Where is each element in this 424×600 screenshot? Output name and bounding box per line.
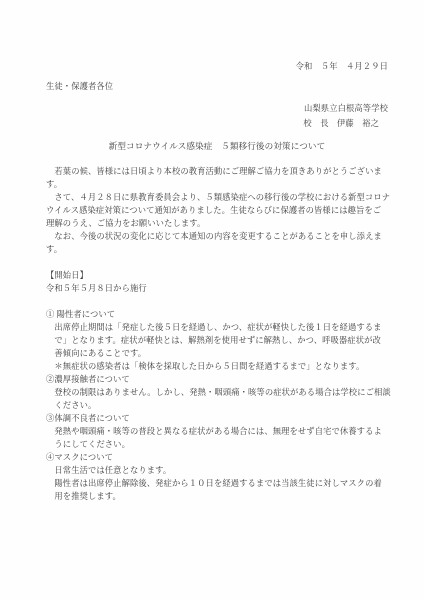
recipient-line: 生徒・保護者各位 [46,80,388,93]
document-body: 若葉の候、皆様には日頃より本校の教育活動にご理解ご協力を頂きありがとうございます… [46,165,388,503]
school-name: 山梨県立白根高等学校 [46,102,388,115]
item-1-body-line: 出席停止期間は「発症した後５日を経過し、かつ、症状が軽快した後１日を経過するま [46,321,388,334]
greeting-paragraph-line: 若葉の候、皆様には日頃より本校の教育活動にご理解ご協力を頂きありがとうございま [46,165,388,178]
document-date: 令和 ５年 ４月２９日 [46,60,388,73]
item-4-body-line: 用を推奨します。 [46,490,388,503]
start-date-heading: 【開始日】 [46,269,388,282]
item-1-note-line: ＊無症状の感染者は「検体を採取した日から５日間を経過するまで」となります。 [46,360,388,373]
caveat-paragraph-line: す。 [46,243,388,256]
item-2-heading: ②濃厚接触者について [46,373,388,386]
notice-paragraph-line: 理解のうえ、ご協力をお願いいたします。 [46,217,388,230]
item-4-body-line: 陽性者は出席停止解除後、発症から１０日を経過するまでは当該生徒に対しマスクの着 [46,477,388,490]
item-2-body-line: 登校の制限はありません。しかし、発熱・咽頭痛・咳等の症状がある場合は学校にご相談 [46,386,388,399]
caveat-paragraph-line: なお、今後の状況の変化に応じて本通知の内容を変更することがあることを申し添えま [46,230,388,243]
item-4-body-line: 日常生活では任意となります。 [46,464,388,477]
notice-paragraph-line: ウイルス感染症対策について通知がありました。生徒ならびに保護者の皆様には趣旨をご [46,204,388,217]
spacer [46,256,388,269]
start-date-value: 令和５年５月８日から施行 [46,282,388,295]
principal-name: 校 長 伊藤 裕之 [46,117,388,130]
item-1-heading: ① 陽性者について [46,308,388,321]
document-page: 令和 ５年 ４月２９日 生徒・保護者各位 山梨県立白根高等学校 校 長 伊藤 裕… [0,0,424,600]
item-1-body-line: 善傾向にあることです。 [46,347,388,360]
item-2-body-line: ください。 [46,399,388,412]
item-3-heading: ③体調不良者について [46,412,388,425]
item-3-body-line: うにしてください。 [46,438,388,451]
item-3-body-line: 発熱や咽頭痛・咳等の普段と異なる症状がある場合には、無理をせず自宅で休養するよ [46,425,388,438]
notice-paragraph-line: さて、４月２８日に県教育委員会より、５類感染症への移行後の学校における新型コロナ [46,191,388,204]
sender-block: 山梨県立白根高等学校 校 長 伊藤 裕之 [46,102,388,130]
document-title: 新型コロナウイルス感染症 ５類移行後の対策について [46,140,388,153]
item-1-body-line: で」となります。症状が軽快とは、解熱剤を使用せずに解熱し、かつ、呼吸器症状が改 [46,334,388,347]
spacer [46,295,388,308]
item-4-heading: ④マスクについて [46,451,388,464]
greeting-paragraph-line: す。 [46,178,388,191]
